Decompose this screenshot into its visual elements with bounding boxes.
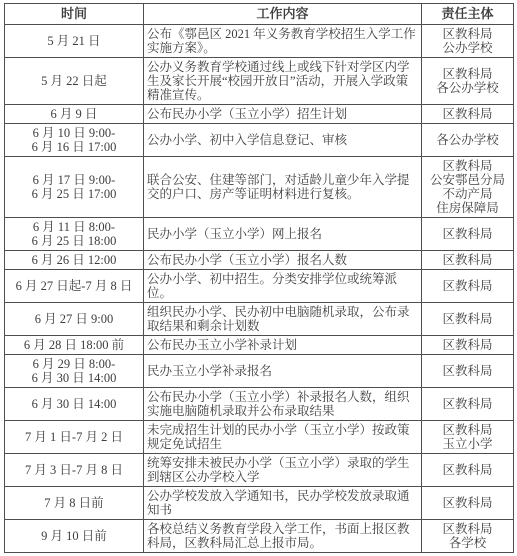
table-row: 6 月 9 日 公布民办小学（玉立小学）招生计划 区教科局	[5, 105, 514, 124]
header-responsible: 责任主体	[422, 4, 514, 25]
time-cell: 7 月 1 日-7 月 2 日	[5, 421, 144, 454]
content-cell: 组织民办小学、民办初中电脑随机录取，公布录取结果和剩余计划数	[144, 303, 422, 336]
content-cell: 公布民办小学（玉立小学）报名人数	[144, 251, 422, 270]
responsible-cell: 区教科局	[422, 355, 514, 388]
time-cell: 6 月 9 日	[5, 105, 144, 124]
content-cell: 公办小学、初中入学信息登记、审核	[144, 124, 422, 157]
content-cell: 公布《鄠邑区 2021 年义务教育学校招生入学工作实施方案》。	[144, 25, 422, 58]
table-row: 6 月 29 日 8:00- 6 月 30 日 14:00 民办玉立小学补录报名…	[5, 355, 514, 388]
responsible-cell: 区教科局 公办学校	[422, 25, 514, 58]
time-cell: 9 月 10 日前	[5, 520, 144, 553]
content-cell: 民办玉立小学补录报名	[144, 355, 422, 388]
responsible-cell: 区教科局	[422, 454, 514, 487]
time-cell: 6 月 10 日 9:00- 6 月 16 日 17:00	[5, 124, 144, 157]
responsible-cell: 区教科局 玉立小学	[422, 421, 514, 454]
table-row: 6 月 17 日 9:00- 6 月 25 日 17:00 联合公安、住建等部门…	[5, 157, 514, 218]
time-cell: 6 月 30 日 14:00	[5, 388, 144, 421]
content-cell: 各校总结义务教育学段入学工作，书面上报区教科局，区教科局汇总上报市局。	[144, 520, 422, 553]
table-row: 5 月 22 日起 公办义务教育学校通过线上或线下针对学区内学生及家长开展“校园…	[5, 58, 514, 105]
content-cell: 公布民办玉立小学补录计划	[144, 336, 422, 355]
table-row: 6 月 11 日 8:00- 6 月 25 日 18:00 民办小学（玉立小学）…	[5, 218, 514, 251]
table-row: 6 月 27 日起-7 月 8 日 公办小学、初中招生。分类安排学位或统筹派位。…	[5, 270, 514, 303]
content-cell: 公办学校发放入学通知书，民办学校发放录取通知书	[144, 487, 422, 520]
content-cell: 统筹安排未被民办小学（玉立小学）录取的学生到辖区公办学校入学	[144, 454, 422, 487]
table-row: 9 月 10 日前 各校总结义务教育学段入学工作，书面上报区教科局，区教科局汇总…	[5, 520, 514, 553]
content-cell: 公办义务教育学校通过线上或线下针对学区内学生及家长开展“校园开放日”活动，开展入…	[144, 58, 422, 105]
responsible-cell: 区教科局	[422, 218, 514, 251]
table-row: 7 月 1 日-7 月 2 日 未完成招生计划的民办小学（玉立小学）按政策规定免…	[5, 421, 514, 454]
content-cell: 未完成招生计划的民办小学（玉立小学）按政策规定免试招生	[144, 421, 422, 454]
time-cell: 7 月 8 日前	[5, 487, 144, 520]
time-cell: 6 月 26 日 12:00	[5, 251, 144, 270]
time-cell: 5 月 21 日	[5, 25, 144, 58]
time-cell: 6 月 29 日 8:00- 6 月 30 日 14:00	[5, 355, 144, 388]
content-cell: 公布民办小学（玉立小学）补录报名人数，组织实施电脑随机录取并公布录取结果	[144, 388, 422, 421]
content-cell: 公布民办小学（玉立小学）招生计划	[144, 105, 422, 124]
table-row: 7 月 3 日-7 月 8 日 统筹安排未被民办小学（玉立小学）录取的学生到辖区…	[5, 454, 514, 487]
responsible-cell: 区教科局 各公办学校	[422, 58, 514, 105]
header-row: 时间 工作内容 责任主体	[5, 4, 514, 25]
table-row: 6 月 26 日 12:00 公布民办小学（玉立小学）报名人数 区教科局	[5, 251, 514, 270]
time-cell: 6 月 28 日 18:00 前	[5, 336, 144, 355]
content-cell: 公办小学、初中招生。分类安排学位或统筹派位。	[144, 270, 422, 303]
responsible-cell: 区教科局	[422, 270, 514, 303]
time-cell: 6 月 27 日 9:00	[5, 303, 144, 336]
content-cell: 联合公安、住建等部门，对适龄儿童少年入学提交的户口、房产等证明材料进行复核。	[144, 157, 422, 218]
responsible-cell: 各公办学校	[422, 124, 514, 157]
table-row: 6 月 10 日 9:00- 6 月 16 日 17:00 公办小学、初中入学信…	[5, 124, 514, 157]
responsible-cell: 区教科局	[422, 388, 514, 421]
header-time: 时间	[5, 4, 144, 25]
time-cell: 5 月 22 日起	[5, 58, 144, 105]
table-row: 6 月 27 日 9:00 组织民办小学、民办初中电脑随机录取，公布录取结果和剩…	[5, 303, 514, 336]
header-content: 工作内容	[144, 4, 422, 25]
responsible-cell: 区教科局	[422, 105, 514, 124]
table-row: 6 月 28 日 18:00 前 公布民办玉立小学补录计划 区教科局	[5, 336, 514, 355]
responsible-cell: 区教科局 各学校	[422, 520, 514, 553]
time-cell: 6 月 27 日起-7 月 8 日	[5, 270, 144, 303]
responsible-cell: 区教科局	[422, 251, 514, 270]
table-row: 5 月 21 日 公布《鄠邑区 2021 年义务教育学校招生入学工作实施方案》。…	[5, 25, 514, 58]
responsible-cell: 区教科局	[422, 487, 514, 520]
table-row: 6 月 30 日 14:00 公布民办小学（玉立小学）补录报名人数，组织实施电脑…	[5, 388, 514, 421]
table-row: 7 月 8 日前 公办学校发放入学通知书，民办学校发放录取通知书 区教科局	[5, 487, 514, 520]
content-cell: 民办小学（玉立小学）网上报名	[144, 218, 422, 251]
responsible-cell: 区教科局	[422, 336, 514, 355]
time-cell: 7 月 3 日-7 月 8 日	[5, 454, 144, 487]
responsible-cell: 区教科局 公安鄠邑分局 不动产局 住房保障局	[422, 157, 514, 218]
responsible-cell: 区教科局	[422, 303, 514, 336]
time-cell: 6 月 17 日 9:00- 6 月 25 日 17:00	[5, 157, 144, 218]
time-cell: 6 月 11 日 8:00- 6 月 25 日 18:00	[5, 218, 144, 251]
enrollment-schedule-table: 时间 工作内容 责任主体 5 月 21 日 公布《鄠邑区 2021 年义务教育学…	[4, 3, 514, 553]
